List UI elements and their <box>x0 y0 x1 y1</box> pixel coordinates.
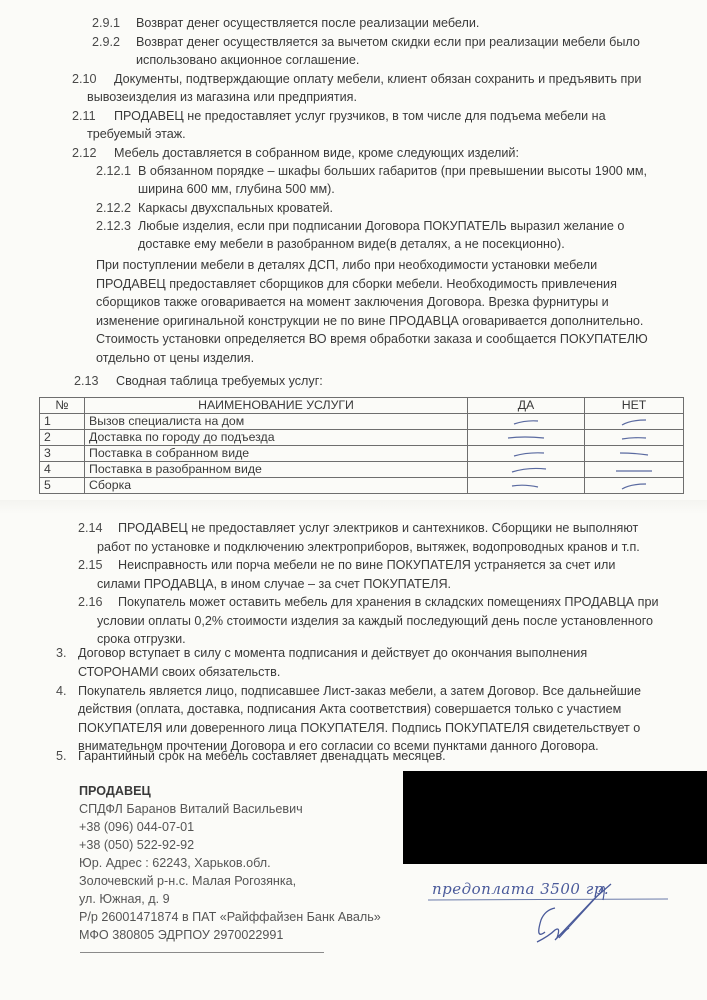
header-no: НЕТ <box>585 398 684 414</box>
clause-text-cont: силами ПРОДАВЦА, в ином случае – за счет… <box>97 576 451 592</box>
clause-2-15: 2.15Неисправность или порча мебели не по… <box>78 557 615 573</box>
row-number: 5 <box>40 478 85 494</box>
redacted-block <box>403 771 707 864</box>
seller-address-3: ул. Южная, д. 9 <box>79 891 170 907</box>
clause-text-cont: работ по установке и подключению электро… <box>97 539 640 555</box>
clause-2-12: 2.12Мебель доставляется в собранном виде… <box>72 145 519 161</box>
section-text: Гарантийный срок на мебель составляет дв… <box>78 749 446 763</box>
clause-2-11: 2.11ПРОДАВЕЦ не предоставляет услуг груз… <box>72 108 606 124</box>
clause-number: 2.10 <box>72 71 114 87</box>
handwritten-dash-icon <box>616 482 652 490</box>
yes-cell <box>468 430 585 446</box>
clause-2-12-1: 2.12.1В обязанном порядке – шкафы больши… <box>96 163 647 179</box>
clause-2-12-3: 2.12.3Любые изделия, если при подписании… <box>96 218 624 234</box>
clause-2-12-2: 2.12.2Каркасы двухспальных кроватей. <box>96 200 333 216</box>
clause-text-cont: доставке ему мебели в разобранном виде(в… <box>138 236 565 252</box>
clause-number: 2.16 <box>78 594 118 610</box>
seller-codes: МФО 380805 ЭДРПОУ 2970022991 <box>79 927 283 943</box>
paragraph-line: отдельно от цены изделия. <box>96 350 254 366</box>
header-number: № <box>40 398 85 414</box>
clause-text-cont: ширина 600 мм, глубина 500 мм). <box>138 181 335 197</box>
table-row: 4 Поставка в разобранном виде <box>40 462 684 478</box>
clause-2-9-1: 2.9.1Возврат денег осуществляется после … <box>92 15 479 31</box>
table-row: 1 Вызов специалиста на дом <box>40 414 684 430</box>
service-name: Вызов специалиста на дом <box>85 414 468 430</box>
seller-title: ПРОДАВЕЦ <box>79 783 151 799</box>
clause-2-9-2: 2.9.2Возврат денег осуществляется за выч… <box>92 34 640 50</box>
seller-bank-account: Р/р 26001471874 в ПАТ «Райффайзен Банк А… <box>79 909 381 925</box>
clause-text-cont: использовано акционное соглашение. <box>136 52 359 68</box>
no-cell <box>585 414 684 430</box>
no-cell <box>585 430 684 446</box>
yes-cell <box>468 462 585 478</box>
section-number: 3. <box>56 645 78 661</box>
handwritten-dash-icon <box>502 466 550 474</box>
clause-text: Мебель доставляется в собранном виде, кр… <box>114 146 519 160</box>
clause-text: Каркасы двухспальных кроватей. <box>138 201 333 215</box>
clause-text: В обязанном порядке – шкафы больших габа… <box>138 164 647 178</box>
handwritten-dash-icon <box>616 434 652 442</box>
yes-cell <box>468 478 585 494</box>
section-3: 3.Договор вступает в силу с момента подп… <box>56 645 587 661</box>
clause-text: Неисправность или порча мебели не по вин… <box>118 558 615 572</box>
service-name: Поставка в разобранном виде <box>85 462 468 478</box>
clause-number: 2.11 <box>72 108 114 124</box>
yes-cell <box>468 414 585 430</box>
section-text-cont: действия (оплата, доставка, подписания А… <box>78 701 621 717</box>
paragraph-line: При поступлении мебели в деталях ДСП, ли… <box>96 257 597 273</box>
service-name: Доставка по городу до подъезда <box>85 430 468 446</box>
seller-address-1: Юр. Адрес : 62243, Харьков.обл. <box>79 855 271 871</box>
signature-line <box>80 952 324 953</box>
section-4: 4.Покупатель является лицо, подписавшее … <box>56 683 641 699</box>
service-name: Сборка <box>85 478 468 494</box>
paragraph-line: ПРОДАВЕЦ предоставляет сборщиков для сбо… <box>96 276 617 292</box>
clause-text: Сводная таблица требуемых услуг: <box>116 374 323 388</box>
handwritten-dash-icon <box>616 418 652 426</box>
clause-2-10: 2.10Документы, подтверждающие оплату меб… <box>72 71 641 87</box>
page-fold-divider <box>0 500 707 514</box>
section-text-cont: ПОКУПАТЕЛЯ или доверенного лица ПОКУПАТЕ… <box>78 720 640 736</box>
handwritten-dash-icon <box>614 466 654 474</box>
section-number: 4. <box>56 683 78 699</box>
clause-text: Возврат денег осуществляется за вычетом … <box>136 35 640 49</box>
row-number: 1 <box>40 414 85 430</box>
clause-2-13: 2.13Сводная таблица требуемых услуг: <box>74 373 323 389</box>
clause-text-cont: условии оплаты 0,2% стоимости изделия за… <box>97 613 653 629</box>
handwritten-dash-icon <box>508 418 544 426</box>
table-row: 2 Доставка по городу до подъезда <box>40 430 684 446</box>
clause-number: 2.13 <box>74 373 116 389</box>
handwritten-dash-icon <box>504 450 548 458</box>
section-number: 5. <box>56 748 78 764</box>
no-cell <box>585 478 684 494</box>
no-cell <box>585 462 684 478</box>
clause-2-14: 2.14ПРОДАВЕЦ не предоставляет услуг элек… <box>78 520 638 536</box>
services-table: № НАИМЕНОВАНИЕ УСЛУГИ ДА НЕТ 1 Вызов спе… <box>39 397 684 494</box>
table-row: 3 Поставка в собранном виде <box>40 446 684 462</box>
handwritten-dash-icon <box>508 482 544 490</box>
service-name: Поставка в собранном виде <box>85 446 468 462</box>
clause-text-cont: вывозеизделия из магазина или предприяти… <box>87 89 357 105</box>
clause-number: 2.12.2 <box>96 200 138 216</box>
section-text: Покупатель является лицо, подписавшее Ли… <box>78 684 641 698</box>
clause-text: ПРОДАВЕЦ не предоставляет услуг электрик… <box>118 521 638 535</box>
contract-page: 2.9.1Возврат денег осуществляется после … <box>0 0 707 1000</box>
seller-address-2: Золочевский р-н.с. Малая Рогозянка, <box>79 873 296 889</box>
clause-number: 2.15 <box>78 557 118 573</box>
yes-cell <box>468 446 585 462</box>
handwritten-dash-icon <box>616 450 652 458</box>
seller-name: СПДФЛ Баранов Виталий Васильевич <box>79 801 303 817</box>
clause-text-cont: требуемый этаж. <box>87 126 186 142</box>
no-cell <box>585 446 684 462</box>
clause-2-16: 2.16Покупатель может оставить мебель для… <box>78 594 659 610</box>
paragraph-line: изменение оригинальной конструкции не по… <box>96 313 643 329</box>
signature-icon <box>515 880 625 952</box>
header-service-name: НАИМЕНОВАНИЕ УСЛУГИ <box>85 398 468 414</box>
header-yes: ДА <box>468 398 585 414</box>
paragraph-line: сборщиков также оговаривается на момент … <box>96 294 609 310</box>
clause-text: Любые изделия, если при подписании Догов… <box>138 219 624 233</box>
row-number: 4 <box>40 462 85 478</box>
seller-phone-1: +38 (096) 044-07-01 <box>79 819 194 835</box>
clause-text: Покупатель может оставить мебель для хра… <box>118 595 659 609</box>
section-text-cont: СТОРОНАМИ своих обязательств. <box>78 664 280 680</box>
row-number: 3 <box>40 446 85 462</box>
clause-text: Документы, подтверждающие оплату мебели,… <box>114 72 641 86</box>
clause-number: 2.12.1 <box>96 163 138 179</box>
row-number: 2 <box>40 430 85 446</box>
clause-number: 2.9.1 <box>92 15 136 31</box>
section-5: 5.Гарантийный срок на мебель составляет … <box>56 748 446 764</box>
clause-number: 2.9.2 <box>92 34 136 50</box>
clause-text: Возврат денег осуществляется после реали… <box>136 16 479 30</box>
clause-number: 2.12.3 <box>96 218 138 234</box>
handwritten-dash-icon <box>504 434 548 442</box>
seller-phone-2: +38 (050) 522-92-92 <box>79 837 194 853</box>
section-text: Договор вступает в силу с момента подпис… <box>78 646 587 660</box>
paragraph-line: Стоимость установки определяется ВО врем… <box>96 331 648 347</box>
clause-text: ПРОДАВЕЦ не предоставляет услуг грузчико… <box>114 109 606 123</box>
clause-number: 2.14 <box>78 520 118 536</box>
clause-number: 2.12 <box>72 145 114 161</box>
table-header-row: № НАИМЕНОВАНИЕ УСЛУГИ ДА НЕТ <box>40 398 684 414</box>
table-row: 5 Сборка <box>40 478 684 494</box>
